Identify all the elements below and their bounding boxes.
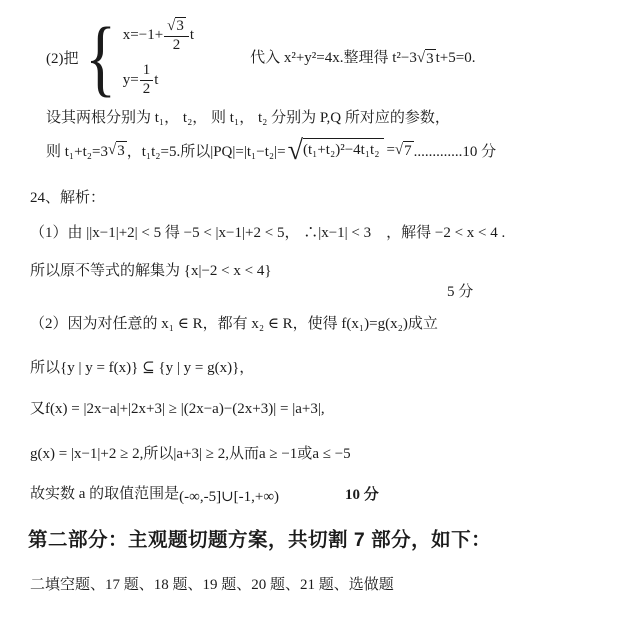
radicand: 3 xyxy=(116,141,127,160)
pq-dots-score: .............10 分 xyxy=(414,140,497,161)
pq-mid: ，t₁t₂=5.所以|PQ|=|t₁−t₂|= xyxy=(127,140,286,161)
step-label: (2)把 xyxy=(46,47,79,68)
radicand: 3 xyxy=(425,49,436,68)
part2-condition-line: （2）因为对任意的 x₁ ∈ R，都有 x₂ ∈ R，使得 f(x₁)=g(x₂… xyxy=(30,312,438,333)
substitution-tail: t+5=0. xyxy=(436,50,476,66)
parametric-system-block: (2)把 { x=−1+ √3 2 t y= 1 2 t 代入 x²+y²=4 xyxy=(46,12,475,102)
equation-y-lhs: y= xyxy=(123,72,139,89)
radicand: 7 xyxy=(403,141,414,160)
fraction-numerator: √3 xyxy=(164,17,189,38)
problem-24-title: 24、解析： xyxy=(30,186,105,207)
part1-inequality-line: （1）由 ||x−1|+2| < 5 得 −5 < |x−1|+2 < 5， ∴… xyxy=(30,221,505,242)
sqrt-icon: √ xyxy=(395,141,403,160)
substitution-text: 代入 x²+y²=4x.整理得 t²−3 xyxy=(250,50,417,66)
part1-solution-set-line: 所以原不等式的解集为 {x|−2 < x < 4} xyxy=(30,259,272,280)
equation-y-var: t xyxy=(154,72,158,89)
sqrt-icon: √ xyxy=(288,138,303,163)
score-10-label: 10 分 xyxy=(345,483,379,504)
equation-column: x=−1+ √3 2 t y= 1 2 t xyxy=(123,17,194,98)
pq-length-line: 则 t₁+t₂=3√3，t₁t₂=5.所以|PQ|=|t₁−t₂|=√(t₁+t… xyxy=(46,132,496,168)
fraction-1-over-2: 1 2 xyxy=(140,63,154,98)
part2-range-subset-line: 所以{y | y = f(x)} ⊆ {y | y = g(x)}， xyxy=(30,356,254,377)
sqrt-icon: √ xyxy=(167,17,175,36)
conclusion-text: 故实数 a 的取值范围是 xyxy=(30,486,179,502)
sqrt-icon: √ xyxy=(108,141,116,160)
section2-heading: 第二部分：主观题切题方案，共切割 7 部分，如下： xyxy=(28,524,491,552)
part2-fx-bound-line: 又f(x) = |2x−a|+|2x+3| ≥ |(2x−a)−(2x+3)| … xyxy=(30,397,325,418)
fraction-denominator: 2 xyxy=(143,81,151,98)
equation-x-var: t xyxy=(190,27,194,44)
radicand: (t₁+t₂)²−4t₁t₂ xyxy=(303,138,385,159)
sqrt-icon: √ xyxy=(417,49,425,68)
interval-notation: (-∞,-5]∪[-1,+∞) xyxy=(179,489,279,505)
equation-y: y= 1 2 t xyxy=(123,63,194,98)
radicand: 3 xyxy=(175,17,186,35)
part2-gx-bound-line: g(x) = |x−1|+2 ≥ 2,所以|a+3| ≥ 2,从而a ≥ −1或… xyxy=(30,442,351,463)
document-page: (2)把 { x=−1+ √3 2 t y= 1 2 t 代入 x²+y²=4 xyxy=(0,0,625,624)
pq-eq: = xyxy=(386,142,394,159)
roots-description-line: 设其两根分别为 t₁， t₂， 则 t₁， t₂ 分别为 P,Q 所对应的参数， xyxy=(46,106,450,127)
fraction-denominator: 2 xyxy=(173,37,181,54)
equation-x-lhs: x=−1+ xyxy=(123,27,163,44)
fraction-sqrt3-over-2: √3 2 xyxy=(164,17,189,55)
section2-items-line: 二填空题、17 题、18 题、19 题、20 题、21 题、选做题 xyxy=(30,573,394,594)
fraction-numerator: 1 xyxy=(140,63,154,81)
substitution-result: 代入 x²+y²=4x.整理得 t²−3√3t+5=0. xyxy=(250,46,475,68)
left-brace-icon: { xyxy=(85,14,116,100)
part2-conclusion-line: 故实数 a 的取值范围是(-∞,-5]∪[-1,+∞) xyxy=(30,482,279,503)
score-5-label: 5 分 xyxy=(447,280,473,301)
equation-x: x=−1+ √3 2 t xyxy=(123,17,194,55)
pq-pre: 则 t₁+t₂=3 xyxy=(46,140,108,161)
